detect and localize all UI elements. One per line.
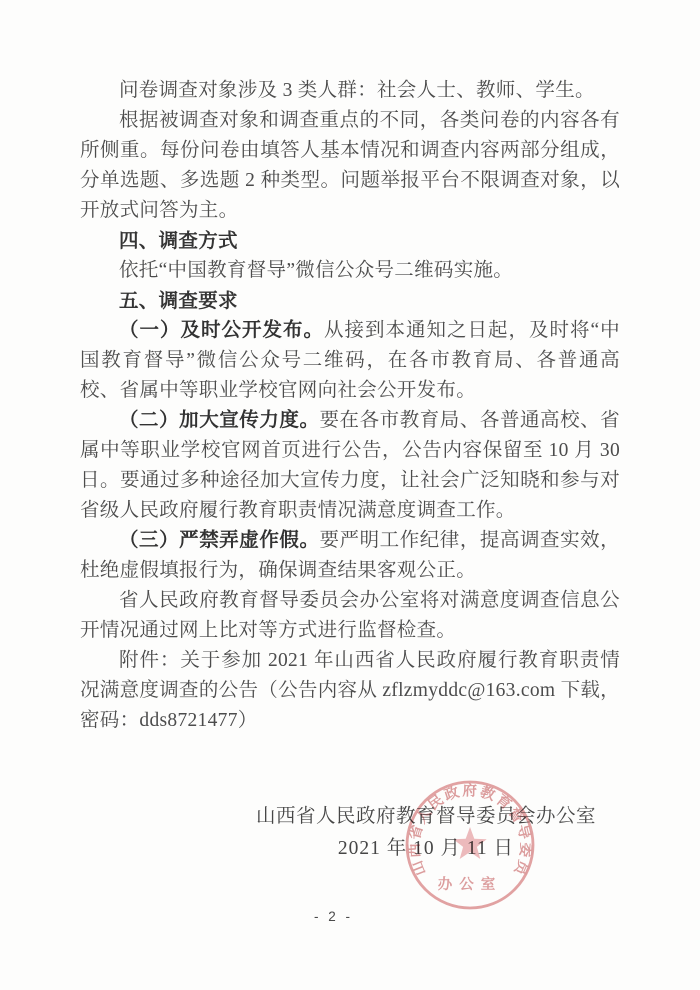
page-number: - 2 - bbox=[314, 909, 353, 924]
section-heading-survey-method: 四、调查方式 bbox=[80, 226, 620, 256]
requirement-1-lead: （一）及时公开发布。 bbox=[119, 320, 324, 341]
paragraph-requirement-1: （一）及时公开发布。从接到本通知之日起，及时将“中国教育督导”微信公众号二维码，… bbox=[80, 316, 620, 406]
requirement-3-lead: （三）严禁弄虚作假。 bbox=[119, 530, 320, 551]
document-body: 问卷调查对象涉及 3 类人群：社会人士、教师、学生。 根据被调查对象和调查重点的… bbox=[80, 76, 620, 736]
paragraph-questionnaire-structure: 根据被调查对象和调查重点的不同，各类问卷的内容各有所侧重。每份问卷由填答人基本情… bbox=[80, 106, 620, 226]
paragraph-requirement-2: （二）加大宣传力度。要在各市教育局、各普通高校、省属中等职业学校官网首页进行公告… bbox=[80, 406, 620, 526]
paragraph-survey-method: 依托“中国教育督导”微信公众号二维码实施。 bbox=[80, 256, 620, 286]
paragraph-supervision: 省人民政府教育督导委员会办公室将对满意度调查信息公开情况通过网上比对等方式进行监… bbox=[80, 586, 620, 646]
paragraph-attachment: 附件：关于参加 2021 年山西省人民政府履行教育职责情况满意度调查的公告（公告… bbox=[80, 646, 620, 736]
signature-organization: 山西省人民政府教育督导委员会办公室 bbox=[256, 801, 596, 833]
section-heading-survey-requirements: 五、调查要求 bbox=[80, 286, 620, 316]
paragraph-requirement-3: （三）严禁弄虚作假。要严明工作纪律，提高调查实效，杜绝虚假填报行为，确保调查结果… bbox=[80, 526, 620, 586]
scanned-document-page: 问卷调查对象涉及 3 类人群：社会人士、教师、学生。 根据被调查对象和调查重点的… bbox=[0, 0, 700, 990]
signature-block: 山西省人民政府教育督导委员会办公室 2021 年 10 月 11 日 bbox=[256, 801, 596, 865]
paragraph-survey-targets: 问卷调查对象涉及 3 类人群：社会人士、教师、学生。 bbox=[80, 76, 620, 106]
requirement-2-lead: （二）加大宣传力度。 bbox=[119, 410, 320, 431]
seal-center-text: 办公室 bbox=[438, 875, 503, 893]
signature-date: 2021 年 10 月 11 日 bbox=[256, 833, 596, 865]
